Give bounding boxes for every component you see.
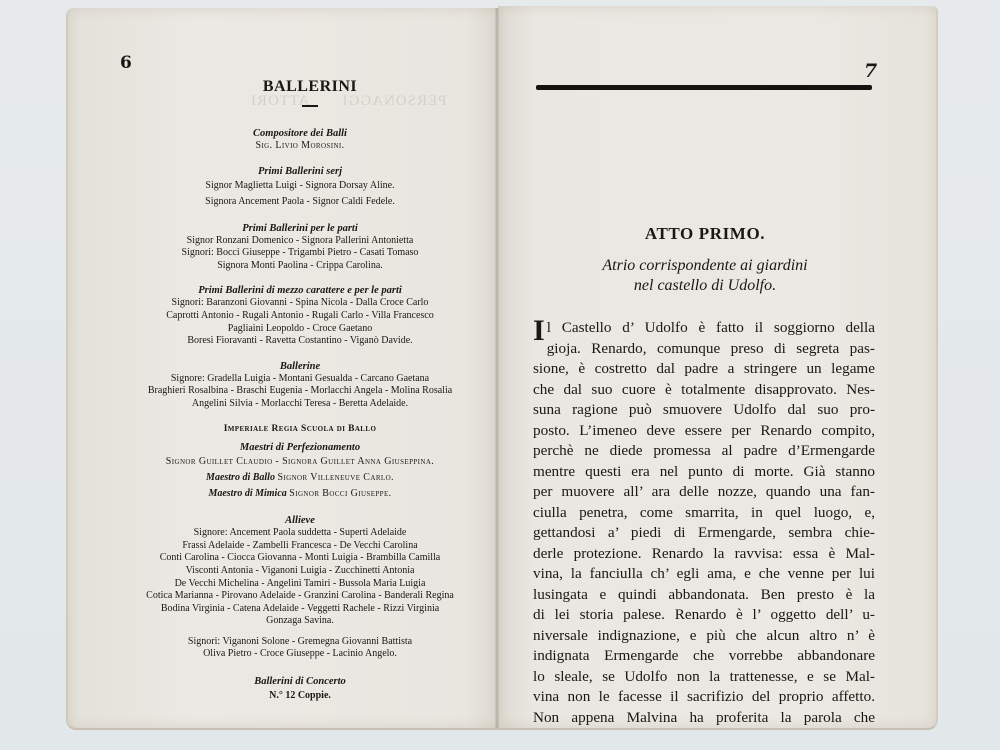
body-line: derle protezione. Renardo la ravvisa: es…	[533, 544, 875, 565]
section-heading: Ballerine	[135, 360, 465, 373]
section-line: Signori: Viganoni Solone - Gremegna Giov…	[135, 636, 465, 649]
section-heading: Compositore dei Balli	[135, 127, 465, 140]
body-line: Non appena Malvina ha proferita la parol…	[533, 708, 875, 729]
section-line: Signore: Ancement Paola suddetta - Super…	[135, 527, 465, 540]
body-line: lusingata e quindi abbandonata. Ben pres…	[533, 585, 875, 606]
section-line: Signor Guillet Claudio - Signora Guillet…	[135, 454, 465, 470]
section-line: Signori: Bocci Giuseppe - Trigambi Pietr…	[135, 247, 465, 260]
maestro-ballo-name: Signor Villeneuve Carlo.	[277, 472, 393, 483]
page-title: BALLERINI	[155, 78, 465, 96]
section-line: Pagliaini Leopoldo - Croce Gaetano	[135, 323, 465, 336]
scene-line: Atrio corrispondente ai giardini	[540, 256, 870, 276]
section-heading: Allieve	[135, 514, 465, 527]
section-line: Gonzaga Savina.	[135, 615, 465, 628]
section-line: Caprotti Antonio - Rugali Antonio - Ruga…	[135, 310, 465, 323]
body-line: gettandosi a’ piedi di Ermengarde, sembr…	[533, 523, 875, 544]
scene-line: nel castello di Udolfo.	[540, 276, 870, 296]
section-line: Visconti Antonia - Viganoni Luigia - Zuc…	[135, 565, 465, 578]
section-line: Signore: Gradella Luigia - Montani Gesua…	[135, 373, 465, 386]
body-line: vina non le facesse il sacrifizio del pr…	[533, 687, 875, 708]
section-line: Signora Ancement Paola - Signor Caldi Fe…	[135, 194, 465, 210]
act-title: ATTO PRIMO.	[540, 224, 870, 244]
section-heading: Maestri di Perfezionamento	[135, 441, 465, 454]
body-line: niversale indignazione, e più che alcun …	[533, 626, 875, 647]
section-line: Sig. Livio Morosini.	[135, 140, 465, 153]
maestro-mimica-name: Signor Bocci Giuseppe.	[289, 488, 391, 499]
body-line: ciulla penetra, come smarrita, in quel l…	[533, 503, 875, 524]
section-line: Signora Monti Paolina - Crippa Carolina.	[135, 260, 465, 273]
body-line: sione, è costretto dal padre a stringere…	[533, 359, 875, 380]
section-line: Signori: Baranzoni Giovanni - Spina Nico…	[135, 297, 465, 310]
section-heading: Primi Ballerini serj	[135, 165, 465, 178]
header-rule	[536, 85, 872, 90]
section-line: Bodina Virginia - Catena Adelaide - Vegg…	[135, 603, 465, 616]
body-line: perchè ne diede promessa al padre d’Erme…	[533, 441, 875, 462]
section-line: Signor Maglietta Luigi - Signora Dorsay …	[135, 178, 465, 194]
section-line: Boresi Fioravanti - Ravetta Costantino -…	[135, 335, 465, 348]
body-line: che dal suo cuore è totalmente disapprov…	[533, 380, 875, 401]
maestro-mimica-label: Maestro di Mimica	[208, 488, 286, 499]
drop-cap: I	[533, 321, 545, 341]
maestro-ballo-line: Maestro di Ballo Signor Villeneuve Carlo…	[135, 470, 465, 486]
title-rule	[302, 105, 318, 107]
section-line: De Vecchi Michelina - Angelini Tamiri - …	[135, 578, 465, 591]
body-line: di lei storia palese. Renardo è l’ ogget…	[533, 605, 875, 626]
scene-description: Atrio corrispondente ai giardini nel cas…	[540, 256, 870, 296]
body-line: gioja. Renardo, comunque preso di segret…	[533, 339, 875, 360]
body-line: per muovere all’ ara delle nozze, quando…	[533, 482, 875, 503]
book-spine	[495, 8, 499, 728]
body-line: indignata Ermengarde che vorrebbe abband…	[533, 646, 875, 667]
section-line: Braghieri Rosalbina - Braschi Eugenia - …	[135, 385, 465, 398]
school-title: Imperiale Regia Scuola di Ballo	[135, 423, 465, 436]
section-line: Signor Ronzani Domenico - Signora Paller…	[135, 235, 465, 248]
section-heading: Primi Ballerini di mezzo carattere e per…	[135, 284, 465, 297]
body-line: posto. L’imeneo deve essere per Renardo …	[533, 421, 875, 442]
section-line: Cotica Marianna - Pirovano Adelaide - Gr…	[135, 590, 465, 603]
body-paragraph: I l Castello d’ Udolfo è fatto il soggio…	[533, 318, 875, 728]
body-line: mentre questi era nel punto di morte. Gi…	[533, 462, 875, 483]
maestro-mimica-line: Maestro di Mimica Signor Bocci Giuseppe.	[135, 486, 465, 502]
body-line: l Castello d’ Udolfo è fatto il soggiorn…	[533, 318, 875, 339]
body-line: vina, la fanciulla ch’ egli ama, e che v…	[533, 564, 875, 585]
section-line: Angelini Silvia - Morlacchi Teresa - Ber…	[135, 398, 465, 411]
cast-list: BALLERINI Compositore dei Balli Sig. Liv…	[135, 78, 465, 704]
section-heading: Ballerini di Concerto	[135, 675, 465, 688]
section-line: Oliva Pietro - Croce Giuseppe - Lacinio …	[135, 648, 465, 661]
page-number-right: 7	[864, 60, 877, 82]
page-number-left: 6	[120, 53, 132, 73]
body-line: suna ragione può smuovere Udolfo dal suo…	[533, 400, 875, 421]
section-line: Frassi Adelaide - Zambelli Francesca - D…	[135, 540, 465, 553]
maestro-ballo-label: Maestro di Ballo	[206, 472, 275, 483]
body-line: lo sleale, se Udolfo non la trattenesse,…	[533, 667, 875, 688]
section-line: N.° 12 Coppie.	[135, 688, 465, 704]
section-line: Conti Carolina - Ciocca Giovanna - Monti…	[135, 552, 465, 565]
section-heading: Primi Ballerini per le parti	[135, 222, 465, 235]
